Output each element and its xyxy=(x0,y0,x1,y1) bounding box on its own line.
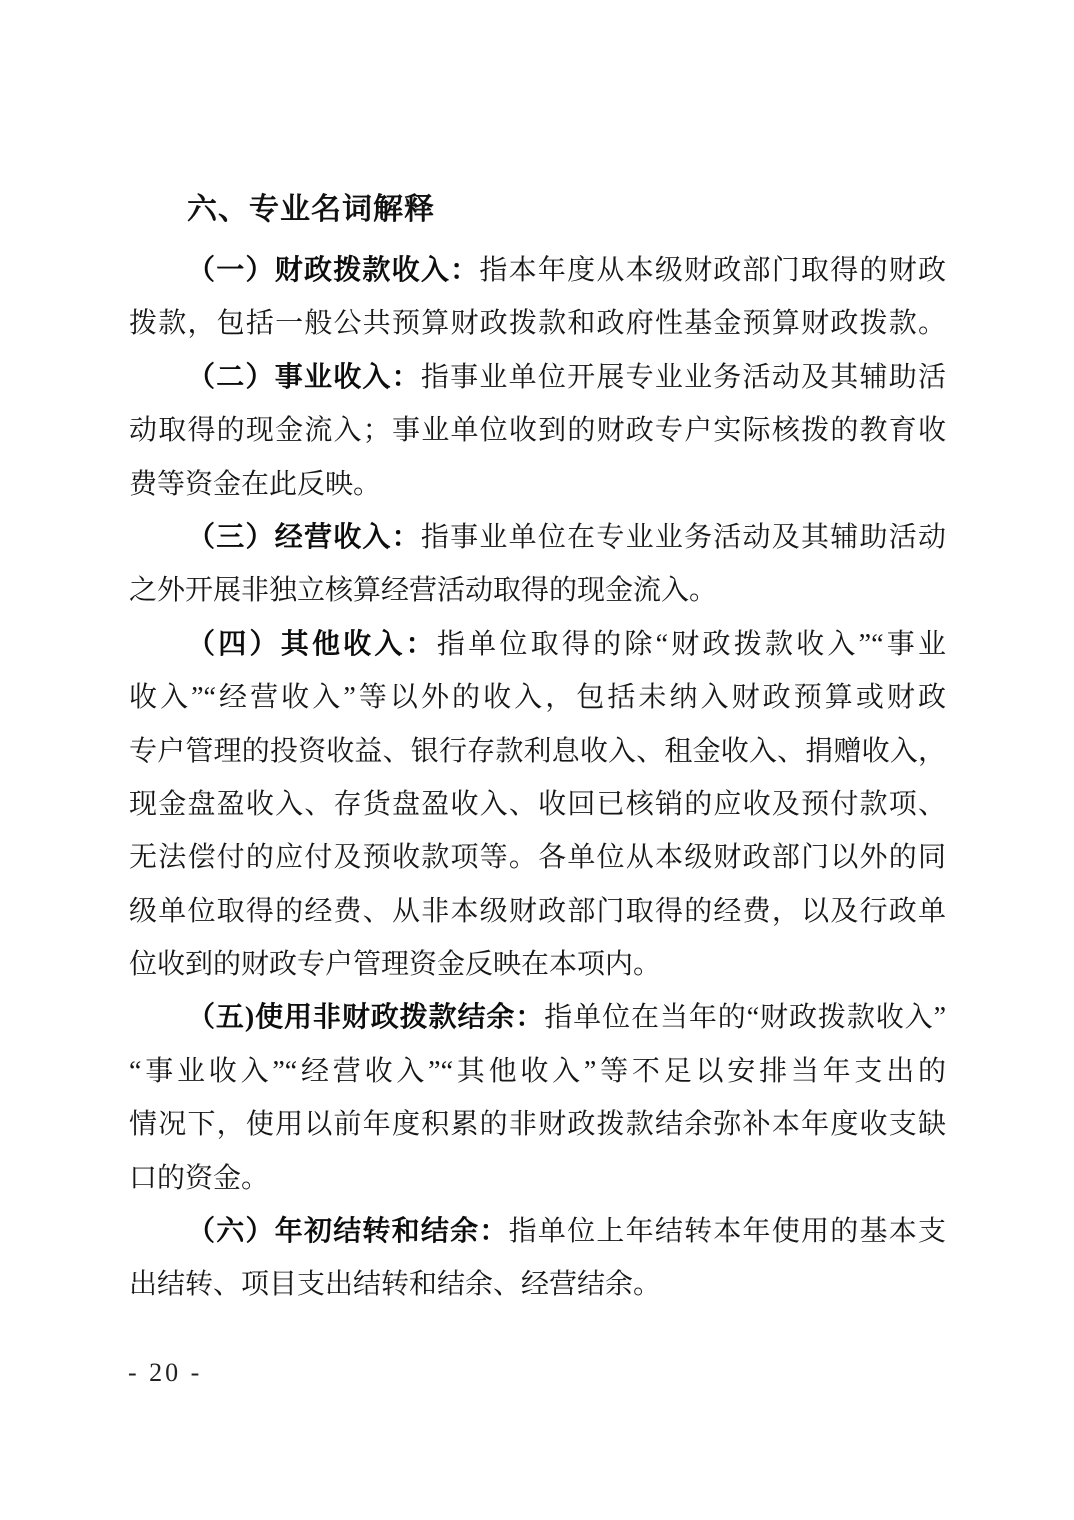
text-line: 拨款，包括一般公共预算财政拨款和政府性基金预算财政拨款。 xyxy=(129,297,946,350)
definition-paragraph-3: （三）经营收入：指事业单位在专业业务活动及其辅助活动 之外开展非独立核算经营活动… xyxy=(129,511,946,618)
text-line: 之外开展非独立核算经营活动取得的现金流入。 xyxy=(129,564,946,617)
text-line: （一）财政拨款收入：指本年度从本级财政部门取得的财政 xyxy=(129,244,946,297)
section-heading: 六、专业名词解释 xyxy=(129,190,946,230)
definition-text: 指单位在当年的“财政拨款收入” xyxy=(544,1002,946,1033)
definition-paragraph-5: （五)使用非财政拨款结余：指单位在当年的“财政拨款收入” “事业收入”“经营收入… xyxy=(129,991,946,1205)
text-line: （六）年初结转和结余：指单位上年结转本年使用的基本支 xyxy=(129,1205,946,1258)
text-line: “事业收入”“经营收入”“其他收入”等不足以安排当年支出的 xyxy=(129,1045,946,1098)
term-label: （六）年初结转和结余： xyxy=(187,1216,509,1247)
term-label: （二）事业收入： xyxy=(187,362,421,393)
definition-paragraph-4: （四）其他收入：指单位取得的除“财政拨款收入”“事业 收入”“经营收入”等以外的… xyxy=(129,618,946,992)
definition-paragraph-6: （六）年初结转和结余：指单位上年结转本年使用的基本支 出结转、项目支出结转和结余… xyxy=(129,1205,946,1312)
text-line: （二）事业收入：指事业单位开展专业业务活动及其辅助活 xyxy=(129,351,946,404)
term-label: （一）财政拨款收入： xyxy=(187,255,479,286)
page-number: - 20 - xyxy=(128,1358,202,1388)
document-body: 六、专业名词解释 （一）财政拨款收入：指本年度从本级财政部门取得的财政 拨款，包… xyxy=(129,190,946,1312)
definition-paragraph-2: （二）事业收入：指事业单位开展专业业务活动及其辅助活 动取得的现金流入；事业单位… xyxy=(129,351,946,511)
text-line: （三）经营收入：指事业单位在专业业务活动及其辅助活动 xyxy=(129,511,946,564)
text-line: （四）其他收入：指单位取得的除“财政拨款收入”“事业 xyxy=(129,618,946,671)
term-label: （四）其他收入： xyxy=(187,629,437,660)
definition-text: 指事业单位开展专业业务活动及其辅助活 xyxy=(421,362,946,393)
text-line: 现金盘盈收入、存货盘盈收入、收回已核销的应收及预付款项、 xyxy=(129,778,946,831)
text-line: 位收到的财政专户管理资金反映在本项内。 xyxy=(129,938,946,991)
text-line: 无法偿付的应付及预收款项等。各单位从本级财政部门以外的同 xyxy=(129,831,946,884)
text-line: 口的资金。 xyxy=(129,1152,946,1205)
document-page: 六、专业名词解释 （一）财政拨款收入：指本年度从本级财政部门取得的财政 拨款，包… xyxy=(0,0,1074,1520)
definition-text: 指本年度从本级财政部门取得的财政 xyxy=(479,255,946,286)
text-line: 动取得的现金流入；事业单位收到的财政专户实际核拨的教育收 xyxy=(129,404,946,457)
text-line: （五)使用非财政拨款结余：指单位在当年的“财政拨款收入” xyxy=(129,991,946,1044)
text-line: 级单位取得的经费、从非本级财政部门取得的经费，以及行政单 xyxy=(129,885,946,938)
definition-paragraph-1: （一）财政拨款收入：指本年度从本级财政部门取得的财政 拨款，包括一般公共预算财政… xyxy=(129,244,946,351)
text-line: 出结转、项目支出结转和结余、经营结余。 xyxy=(129,1258,946,1311)
text-line: 专户管理的投资收益、银行存款利息收入、租金收入、捐赠收入， xyxy=(129,725,946,778)
text-line: 收入”“经营收入”等以外的收入，包括未纳入财政预算或财政 xyxy=(129,671,946,724)
text-line: 费等资金在此反映。 xyxy=(129,458,946,511)
term-label: （三）经营收入： xyxy=(187,522,421,553)
definition-text: 指单位上年结转本年使用的基本支 xyxy=(509,1216,946,1247)
definition-text: 指单位取得的除“财政拨款收入”“事业 xyxy=(437,629,946,660)
term-label: （五)使用非财政拨款结余： xyxy=(187,1002,544,1033)
text-line: 情况下，使用以前年度积累的非财政拨款结余弥补本年度收支缺 xyxy=(129,1098,946,1151)
definition-text: 指事业单位在专业业务活动及其辅助活动 xyxy=(421,522,946,553)
